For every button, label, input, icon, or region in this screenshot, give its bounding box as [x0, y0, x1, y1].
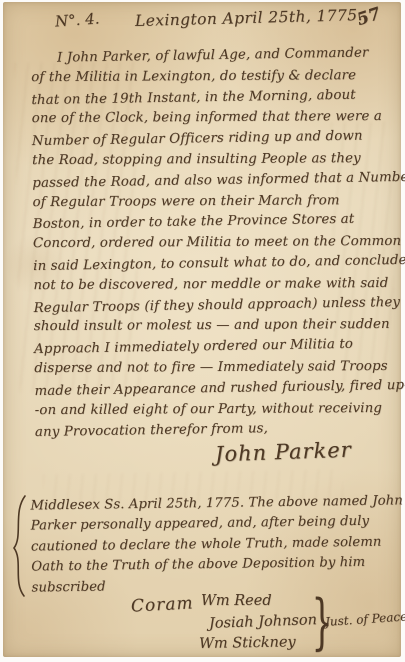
place-date-heading: Lexington April 25th, 1775.	[135, 6, 363, 30]
document-scan: N°. 4. Lexington April 25th, 1775. 57 I …	[0, 0, 405, 662]
jurat-paragraph: Middlesex Ss. April 25th, 1775. The abov…	[30, 491, 395, 598]
witness-signature: Josiah Johnson	[209, 610, 318, 635]
archive-number: N°. 4.	[54, 9, 100, 30]
parker-signature: John Parker	[215, 438, 352, 467]
witness-signatures: Wm Reed Josiah Johnson Wm Stickney	[201, 591, 317, 654]
jurat-left-brace	[8, 494, 30, 598]
witness-signature: Wm Stickney	[199, 632, 317, 655]
deposition-body: I John Parker, of lawful Age, and Comman…	[31, 44, 403, 443]
justices-title: Just. of Peace.	[325, 609, 405, 629]
witness-signature: Wm Reed	[201, 591, 317, 612]
coram-label: Coram	[131, 593, 195, 616]
manuscript-paper: N°. 4. Lexington April 25th, 1775. 57 I …	[3, 2, 401, 657]
